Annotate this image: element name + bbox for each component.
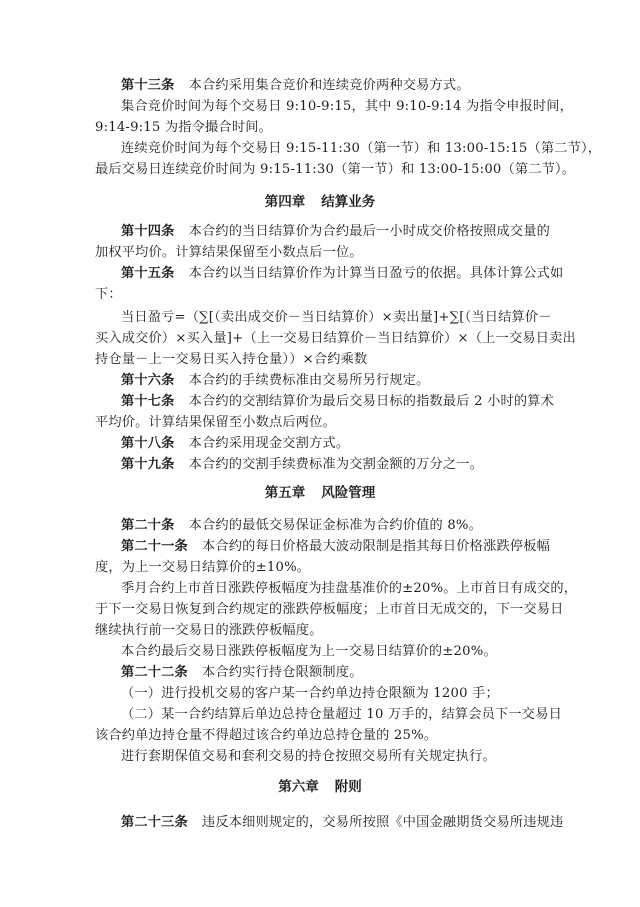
article-23-line-1: 第二十三条违反本细则规定的，交易所按照《中国金融期货交易所违规违 [121,815,540,831]
article-label: 第十五条 [121,266,175,281]
paragraph-line: 加权平均价。计算结果保留至小数点后一位。 [95,245,540,261]
article-label: 第二十一条 [121,539,188,554]
article-label: 第十七条 [121,394,175,409]
chapter-title: 附则 [335,779,362,795]
document-page: 第十三条本合约采用集合竞价和连续竞价两种交易方式。 集合竞价时间为每个交易日 9… [0,0,640,907]
article-label: 第十九条 [121,457,175,472]
article-15-line-1: 第十五条本合约以当日结算价作为计算当日盈亏的依据。具体计算公式如 [121,266,540,282]
paragraph-line: 集合竞价时间为每个交易日 9:10-9:15，其中 9:10-9:14 为指令申… [121,99,540,115]
article-22-line-1: 第二十二条本合约实行持仓限额制度。 [121,665,540,681]
paragraph-line: 9:14-9:15 为指令撮合时间。 [95,120,540,136]
article-17-line-1: 第十七条本合约的交割结算价为最后交易日标的指数最后 2 小时的算术 [121,394,540,410]
article-21-line-1: 第二十一条本合约的每日价格最大波动限制是指其每日价格涨跌停板幅 [121,539,540,555]
paragraph-line: 平均价。计算结果保留至小数点后两位。 [95,415,540,431]
chapter-number: 第五章 [265,485,306,501]
article-label: 第二十条 [121,518,175,533]
list-item: （二）某一合约结算后单边总持仓量超过 10 万手的，结算会员下一交易日 [121,707,540,723]
article-18-line-1: 第十八条本合约采用现金交割方式。 [121,436,540,452]
paragraph-line: 进行套期保值交易和套利交易的持仓按照交易所有关规定执行。 [121,749,540,765]
chapter-title: 风险管理 [321,485,375,501]
chapter-number: 第四章 [265,194,306,210]
article-16-line-1: 第十六条本合约的手续费标准由交易所另行规定。 [121,373,540,389]
formula-line: 持仓量－上一交易日买入持仓量））×合约乘数 [95,352,540,368]
list-item: （一）进行投机交易的客户某一合约单边持仓限额为 1200 手； [121,686,540,702]
chapter-heading: 第五章风险管理 [0,485,640,501]
article-label: 第十三条 [121,78,175,93]
paragraph-line: 下： [95,287,540,303]
paragraph-line: 连续竞价时间为每个交易日 9:15-11:30（第一节）和 13:00-15:1… [121,141,540,157]
chapter-heading: 第四章结算业务 [0,194,640,210]
article-label: 第二十三条 [121,815,188,830]
article-label: 第十六条 [121,373,175,388]
paragraph-line: 于下一交易日恢复到合约规定的涨跌停板幅度；上市首日无成交的，下一交易日 [95,602,540,618]
chapter-number: 第六章 [278,779,319,795]
paragraph-line: 最后交易日连续竞价时间为 9:15-11:30（第一节）和 13:00-15:0… [95,162,540,178]
article-13-line-1: 第十三条本合约采用集合竞价和连续竞价两种交易方式。 [121,78,540,94]
formula-line: 当日盈亏=（∑[（卖出成交价－当日结算价）×卖出量]+∑[（当日结算价－ [121,310,540,326]
paragraph-line: 度，为上一交易日结算价的±10%。 [95,560,540,576]
paragraph-line: 季月合约上市首日涨跌停板幅度为挂盘基准价的±20%。上市首日有成交的， [121,581,540,597]
chapter-heading: 第六章附则 [0,779,640,795]
article-label: 第二十二条 [121,665,188,680]
article-label: 第十四条 [121,224,175,239]
article-20-line-1: 第二十条本合约的最低交易保证金标准为合约价值的 8%。 [121,518,540,534]
article-14-line-1: 第十四条本合约的当日结算价为合约最后一小时成交价格按照成交量的 [121,224,540,240]
article-19-line-1: 第十九条本合约的交割手续费标准为交割金额的万分之一。 [121,457,540,473]
paragraph-line: 本合约最后交易日涨跌停板幅度为上一交易日结算价的±20%。 [121,644,540,660]
article-label: 第十八条 [121,436,175,451]
formula-line: 买入成交价）×买入量]+（上一交易日结算价－当日结算价）×（上一交易日卖出 [95,331,540,347]
paragraph-line: 该合约单边持仓量不得超过该合约单边总持仓量的 25%。 [95,728,540,744]
chapter-title: 结算业务 [321,194,375,210]
paragraph-line: 继续执行前一交易日的涨跌停板幅度。 [95,623,540,639]
